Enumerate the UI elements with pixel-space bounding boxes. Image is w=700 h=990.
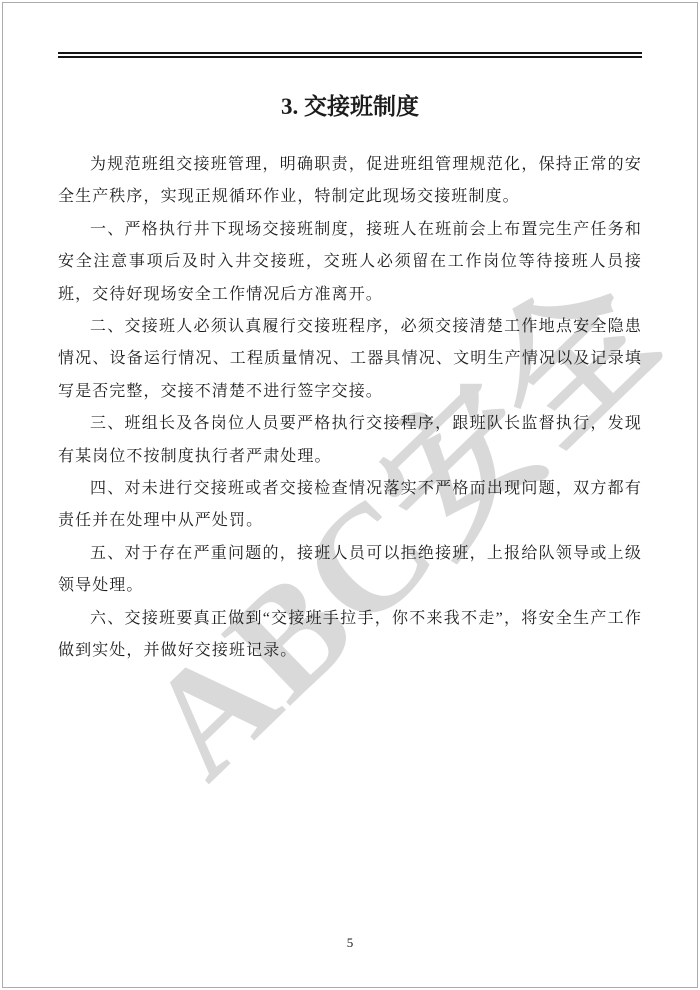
document-page: ABC安全 3. 交接班制度 为规范班组交接班管理，明确职责，促进班组管理规范化… [2, 2, 698, 988]
body-paragraph: 二、交接班人必须认真履行交接班程序，必须交接清楚工作地点安全隐患情况、设备运行情… [58, 311, 642, 408]
body-paragraph: 为规范班组交接班管理，明确职责，促进班组管理规范化，保持正常的安全生产秩序，实现… [58, 149, 642, 214]
body-paragraph: 一、严格执行井下现场交接班制度，接班人在班前会上布置完生产任务和安全注意事项后及… [58, 214, 642, 311]
body-paragraph: 五、对于存在严重问题的，接班人员可以拒绝接班，上报给队领导或上级领导处理。 [58, 538, 642, 603]
body-paragraph: 六、交接班要真正做到“交接班手拉手，你不来我不走”，将安全生产工作做到实处，并做… [58, 603, 642, 668]
body-paragraph: 四、对未进行交接班或者交接检查情况落实不严格而出现问题，双方都有责任并在处理中从… [58, 473, 642, 538]
body-paragraph: 三、班组长及各岗位人员要严格执行交接程序，跟班队长监督执行，发现有某岗位不按制度… [58, 408, 642, 473]
header-double-rule [58, 52, 642, 58]
document-body: 为规范班组交接班管理，明确职责，促进班组管理规范化，保持正常的安全生产秩序，实现… [58, 149, 642, 668]
page-number: 5 [3, 935, 697, 951]
page-title: 3. 交接班制度 [58, 91, 642, 122]
document-content: 3. 交接班制度 为规范班组交接班管理，明确职责，促进班组管理规范化，保持正常的… [58, 3, 642, 668]
